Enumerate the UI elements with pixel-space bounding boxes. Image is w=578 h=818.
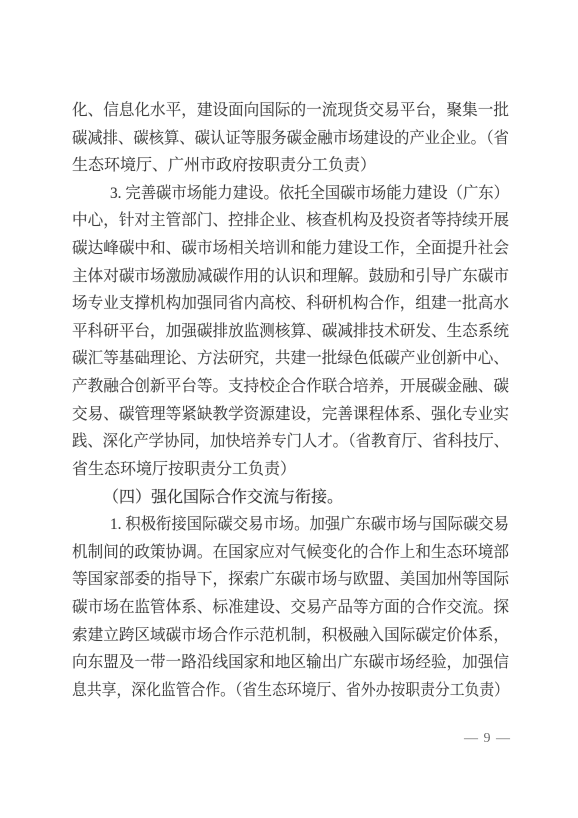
text-line: 场专业支撑机构加强同省内高校、科研机构合作，组建一批高水 [72,290,509,318]
text-line: 碳市场在监管体系、标准建设、交易产品等方面的合作交流。探 [72,594,509,622]
text-line: 向东盟及一带一路沿线国家和地区输出广东碳市场经验，加强信 [72,649,509,677]
line-text: 中心，针对主管部门、控排企业、核查机构及投资者等持续开展 [72,207,509,235]
line-text: 碳达峰碳中和、碳市场相关培训和能力建设工作，全面提升社会 [72,235,509,263]
line-text: 场专业支撑机构加强同省内高校、科研机构合作，组建一批高水 [72,290,509,318]
text-line: 1. 积极衔接国际碳交易市场。加强广东碳市场与国际碳交易 [72,511,509,539]
text-line: 3. 完善碳市场能力建设。依托全国碳市场能力建设（广东） [72,180,509,208]
line-text: （四）强化国际合作交流与衔接。 [103,484,343,512]
text-line: 等国家部委的指导下，探索广东碳市场与欧盟、美国加州等国际 [72,566,509,594]
text-line: 碳达峰碳中和、碳市场相关培训和能力建设工作，全面提升社会 [72,235,509,263]
text-line: 索建立跨区域碳市场合作示范机制，积极融入国际碳定价体系， [72,622,509,650]
section-heading-line: （四）强化国际合作交流与衔接。 [72,484,509,512]
line-text: 化、信息化水平，建设面向国际的一流现货交易平台，聚集一批 [72,97,509,125]
line-text: 践、深化产学协同，加快培养专门人才。（省教育厅、省科技厅、 [72,428,509,456]
text-line: 产教融合创新平台等。支持校企合作联合培养，开展碳金融、碳 [72,373,509,401]
document-page: 化、信息化水平，建设面向国际的一流现货交易平台，聚集一批碳减排、碳核算、碳认证等… [0,0,578,818]
line-text: 等国家部委的指导下，探索广东碳市场与欧盟、美国加州等国际 [72,566,509,594]
document-text-block: 化、信息化水平，建设面向国际的一流现货交易平台，聚集一批碳减排、碳核算、碳认证等… [72,97,509,704]
line-text: 生态环境厅、广州市政府按职责分工负责） [72,152,376,180]
text-line: 生态环境厅、广州市政府按职责分工负责） [72,152,509,180]
text-line: 主体对碳市场激励减碳作用的认识和理解。鼓励和引导广东碳市 [72,263,509,291]
line-text: 碳减排、碳核算、碳认证等服务碳金融市场建设的产业企业。（省 [72,125,509,153]
line-text: 碳市场在监管体系、标准建设、交易产品等方面的合作交流。探 [72,594,509,622]
text-line: 践、深化产学协同，加快培养专门人才。（省教育厅、省科技厅、 [72,428,509,456]
text-line: 平科研平台，加强碳排放监测核算、碳减排技术研发、生态系统 [72,318,509,346]
line-text: 产教融合创新平台等。支持校企合作联合培养，开展碳金融、碳 [72,373,509,401]
line-text: 主体对碳市场激励减碳作用的认识和理解。鼓励和引导广东碳市 [72,263,509,291]
line-text: 1. 积极衔接国际碳交易市场。加强广东碳市场与国际碳交易 [110,511,509,539]
line-text: 省生态环境厅按职责分工负责） [72,456,296,484]
page-number: — 9 — [464,730,511,748]
line-text: 向东盟及一带一路沿线国家和地区输出广东碳市场经验，加强信 [72,649,509,677]
text-line: 中心，针对主管部门、控排企业、核查机构及投资者等持续开展 [72,207,509,235]
text-line: 碳汇等基础理论、方法研究，共建一批绿色低碳产业创新中心、 [72,345,509,373]
text-line: 省生态环境厅按职责分工负责） [72,456,509,484]
line-text: 机制间的政策协调。在国家应对气候变化的合作上和生态环境部 [72,539,509,567]
text-line: 息共享，深化监管合作。（省生态环境厅、省外办按职责分工负责） [72,677,509,705]
text-line: 碳减排、碳核算、碳认证等服务碳金融市场建设的产业企业。（省 [72,125,509,153]
line-text: 平科研平台，加强碳排放监测核算、碳减排技术研发、生态系统 [72,318,509,346]
line-text: 交易、碳管理等紧缺教学资源建设，完善课程体系、强化专业实 [72,401,509,429]
text-line: 交易、碳管理等紧缺教学资源建设，完善课程体系、强化专业实 [72,401,509,429]
line-text: 碳汇等基础理论、方法研究，共建一批绿色低碳产业创新中心、 [72,345,509,373]
line-text: 3. 完善碳市场能力建设。依托全国碳市场能力建设（广东） [110,180,509,208]
line-text: 息共享，深化监管合作。（省生态环境厅、省外办按职责分工负责） [72,677,509,705]
text-line: 化、信息化水平，建设面向国际的一流现货交易平台，聚集一批 [72,97,509,125]
text-line: 机制间的政策协调。在国家应对气候变化的合作上和生态环境部 [72,539,509,567]
line-text: 索建立跨区域碳市场合作示范机制，积极融入国际碳定价体系， [72,622,509,650]
